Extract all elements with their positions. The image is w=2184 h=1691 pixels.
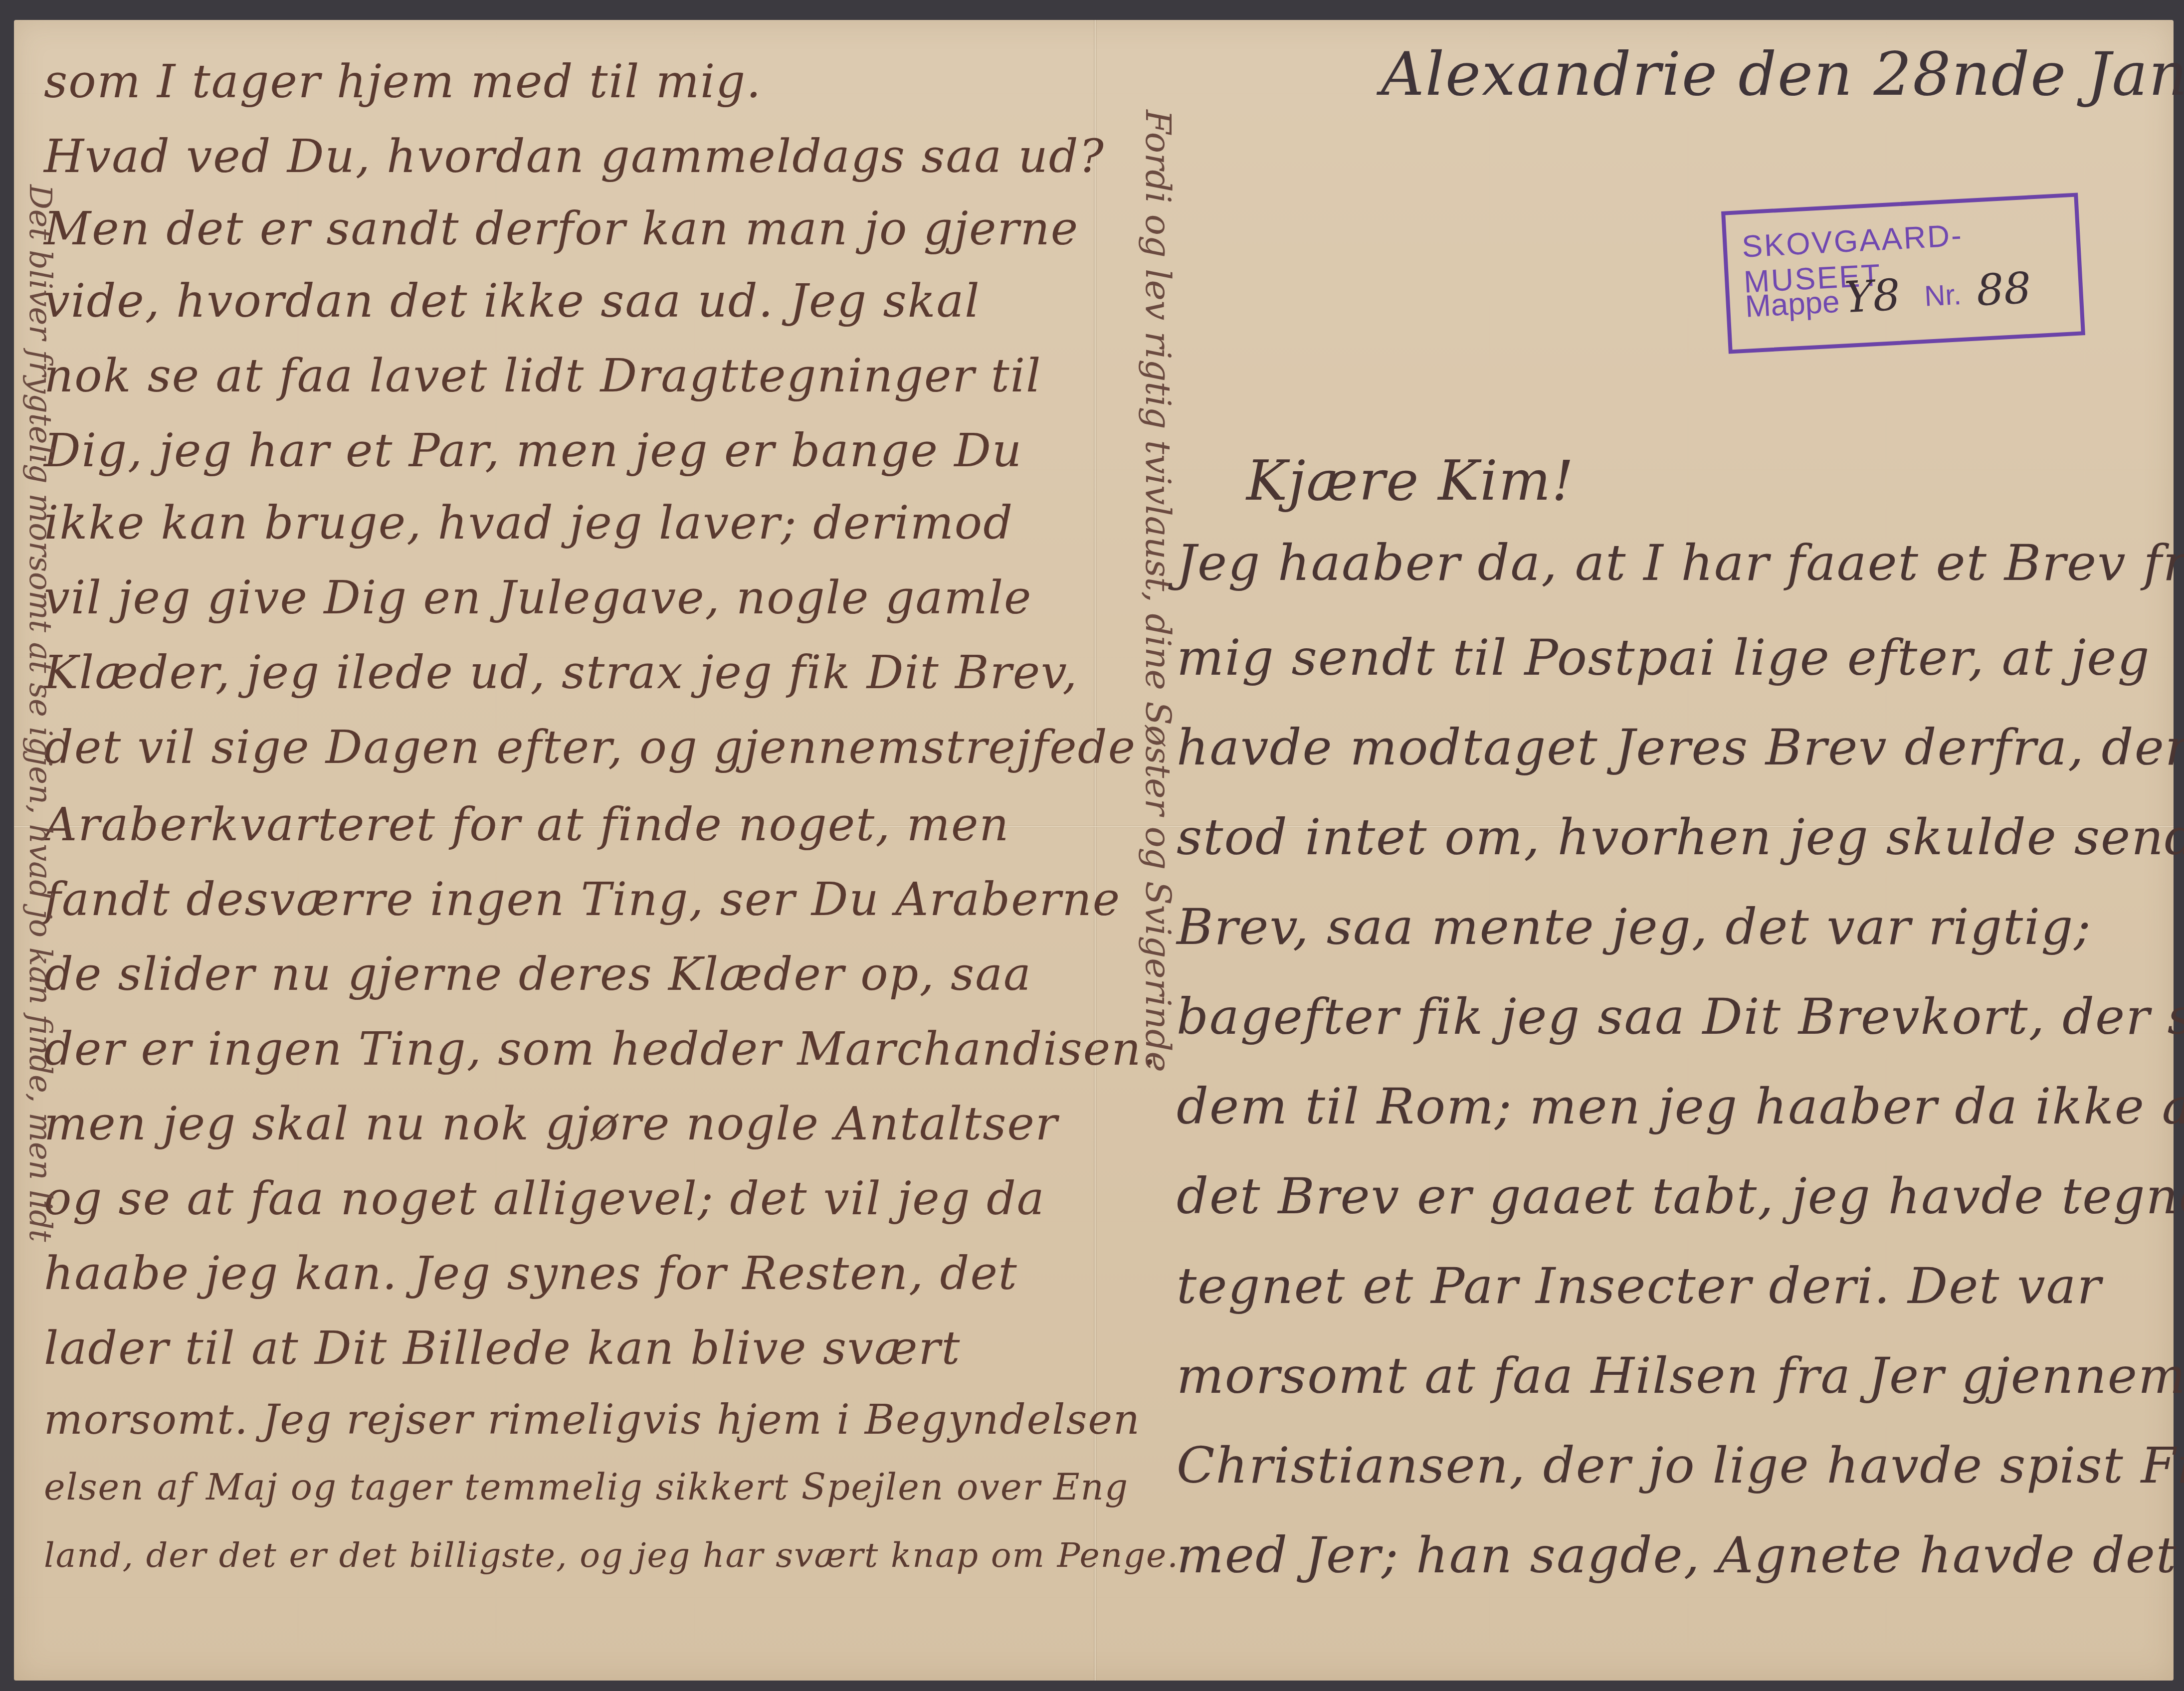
left-line-1: som I tager hjem med til mig. (44, 55, 762, 108)
left-line-8: vil jeg give Dig en Julegave, nogle gaml… (44, 571, 1032, 624)
left-line-21: land, der det er det billigste, og jeg h… (44, 1536, 1179, 1575)
left-line-6: Dig, jeg har et Par, men jeg er bange Du (44, 424, 1022, 477)
left-margin-note: Det bliver frygtelig morsomt at se igjen… (22, 185, 59, 1242)
left-line-16: og se at faa noget alligevel; det vil je… (44, 1172, 1045, 1225)
dateline: Alexandrie den 28nde Jan 1887. (1381, 40, 2184, 109)
greeting: Kjære Kim! (1246, 449, 1575, 513)
right-line-10: morsomt at faa Hilsen fra Jer gjennem (1177, 1346, 2184, 1405)
right-line-8: det Brev er gaaet tabt, jeg havde tegnet (1177, 1167, 2184, 1225)
right-line-12: med Jer; han sagde, Agnete havde det (1177, 1526, 2177, 1584)
left-line-11: Araberkvarteret for at finde noget, men (44, 798, 1010, 851)
left-line-4: vide, hvordan det ikke saa ud. Jeg skal (44, 274, 981, 328)
right-line-3: havde modtaget Jeres Brev derfra, der (1177, 718, 2184, 776)
right-line-6: bagefter fik jeg saa Dit Brevkort, der s… (1177, 987, 2184, 1046)
left-line-5: nok se at faa lavet lidt Dragttegninger … (44, 349, 1042, 402)
left-line-12: fandt desværre ingen Ting, ser Du Araber… (44, 873, 1121, 926)
right-line-11: Christiansen, der jo lige havde spist Fr… (1177, 1436, 2184, 1495)
left-line-13: de slider nu gjerne deres Klæder op, saa (44, 947, 1032, 1001)
left-line-18: lader til at Dit Billede kan blive svært (44, 1321, 961, 1375)
right-line-9: tegnet et Par Insecter deri. Det var (1177, 1257, 2102, 1315)
right-line-5: Brev, saa mente jeg, det var rigtig; (1177, 898, 2092, 956)
stamp-nr-value: 88 (1975, 263, 2032, 316)
left-line-14: der er ingen Ting, som hedder Marchandis… (44, 1022, 1158, 1076)
left-line-17: haabe jeg kan. Jeg synes for Resten, det (44, 1247, 1018, 1300)
left-line-3: Men det er sandt derfor kan man jo gjern… (44, 202, 1079, 255)
left-line-19: morsomt. Jeg rejser rimeligvis hjem i Be… (44, 1396, 1141, 1444)
stamp-mappe-label: Mappe (1744, 284, 1840, 325)
left-line-10: det vil sige Dagen efter, og gjennemstre… (44, 721, 1136, 774)
left-page: som I tager hjem med til mig. Hvad ved D… (14, 20, 1094, 1681)
left-line-9: Klæder, jeg ilede ud, strax jeg fik Dit … (44, 646, 1078, 699)
stamp-nr-label: Nr. (1924, 278, 1963, 313)
right-line-7: dem til Rom; men jeg haaber da ikke at (1177, 1077, 2184, 1135)
stamp-mappe-value: Y8 (1843, 270, 1902, 323)
letter-sheet: som I tager hjem med til mig. Hvad ved D… (14, 20, 2174, 1681)
museum-stamp: SKOVGAARD-MUSEET Mappe Y8 Nr. 88 (1721, 192, 2085, 354)
left-line-20: elsen af Maj og tager temmelig sikkert S… (44, 1466, 1129, 1508)
right-line-2: mig sendt til Postpai lige efter, at jeg (1177, 628, 2150, 687)
right-line-1: Jeg haaber da, at I har faaet et Brev fr… (1177, 534, 2184, 592)
left-line-7: ikke kan bruge, hvad jeg laver; derimod (44, 496, 1013, 550)
left-line-2: Hvad ved Du, hvordan gammeldags saa ud? (44, 130, 1105, 183)
right-line-4: stod intet om, hvorhen jeg skulde sende (1177, 808, 2184, 866)
left-line-15: men jeg skal nu nok gjøre nogle Antaltse… (44, 1097, 1058, 1150)
right-page: Alexandrie den 28nde Jan 1887. SKOVGAARD… (1097, 20, 2174, 1681)
